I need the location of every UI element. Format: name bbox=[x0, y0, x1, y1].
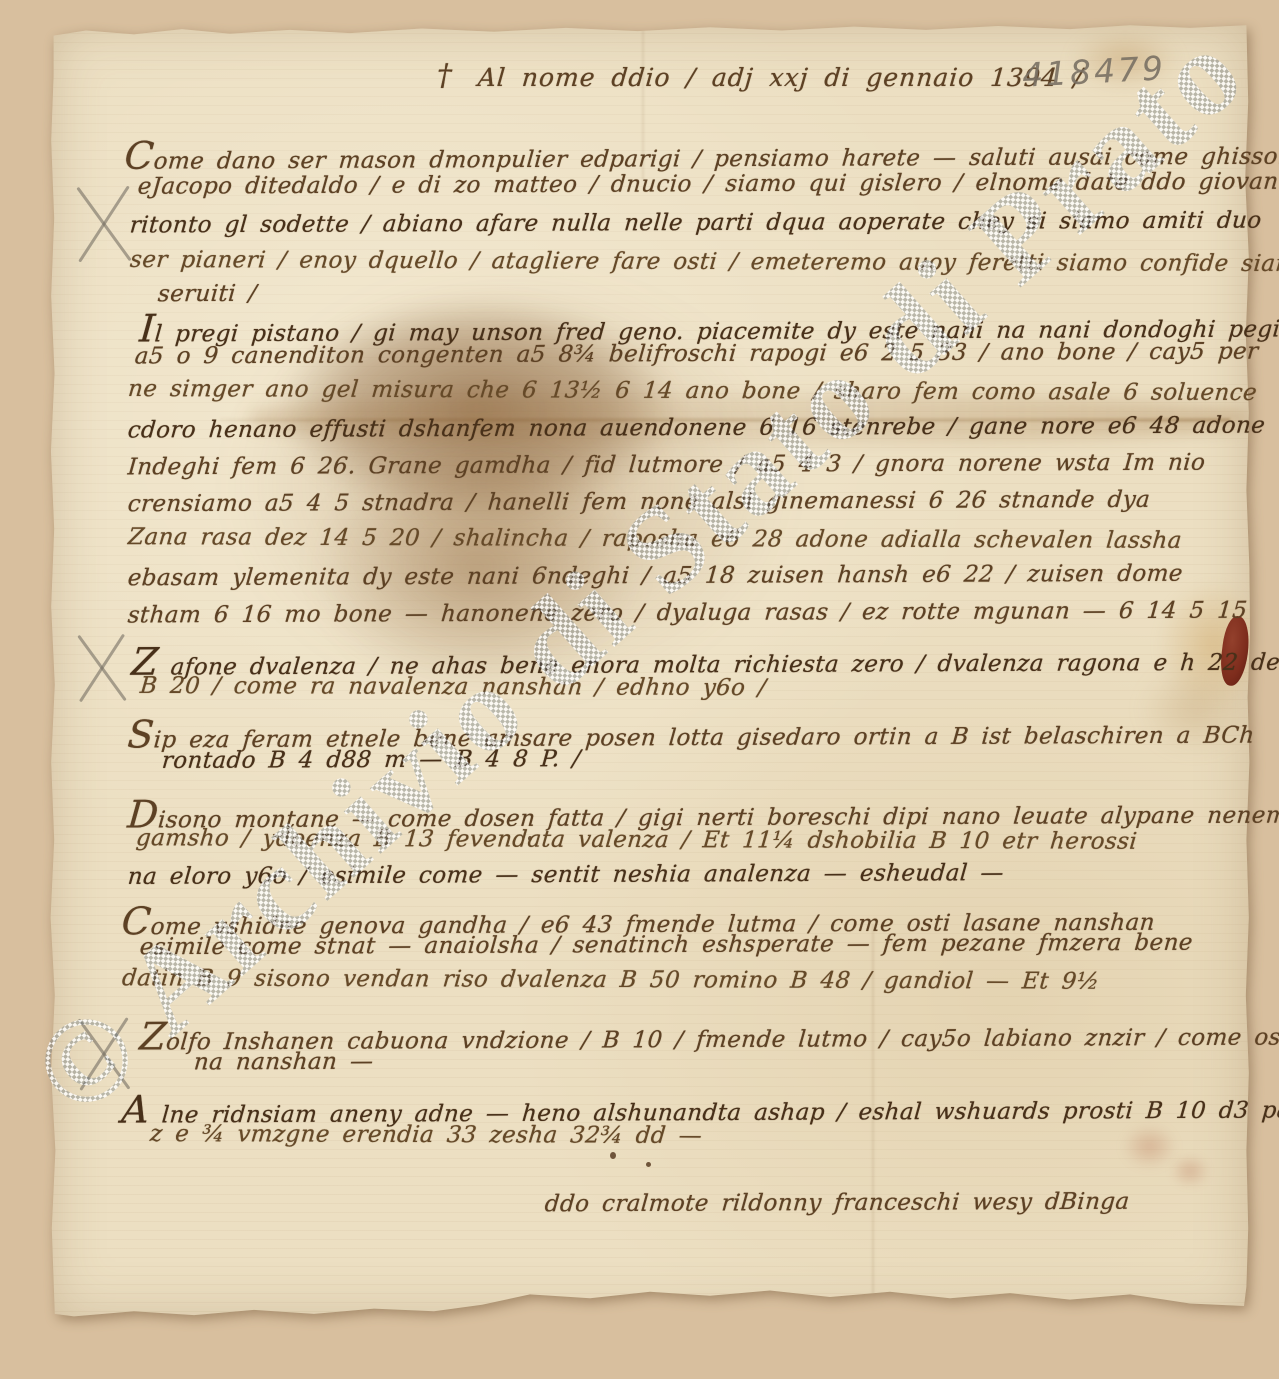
manuscript-line: a5 o 9 canenditon congenten a5 8¾ belifr… bbox=[134, 339, 1260, 370]
manuscript-line: crensiamo a5 4 5 stnadra / hanelli fem n… bbox=[127, 487, 1152, 517]
invocation-cross: † bbox=[437, 58, 452, 93]
manuscript-line: ddo cralmote rildonny franceschi wesy dB… bbox=[544, 1189, 1131, 1218]
letter-heading-date: Al nome ddio / adj xxj di gennaio 1394 / bbox=[477, 63, 1085, 92]
manuscript-line: eJacopo ditedaldo / e di zo matteo / dnu… bbox=[137, 168, 1279, 199]
manuscript-line: ritonto gl sodette / abiano afare nulla … bbox=[129, 208, 1263, 239]
manuscript-line: datin B 9 sisono vendan riso dvalenza B … bbox=[121, 965, 1101, 994]
manuscript-line: na eloro y6o / esimile come — sentit nes… bbox=[127, 860, 1005, 890]
manuscript-line: Zana rasa dez 14 5 20 / shalincha / rapo… bbox=[127, 524, 1183, 554]
manuscript-line: rontado B 4 d88 m — B 4 8 P. / bbox=[161, 746, 582, 774]
manuscript-line: ebasam ylemenita dy este nani 6ndeghi / … bbox=[127, 561, 1184, 592]
manuscript-line: gamsho / ydoenza B 13 fevendata valenza … bbox=[135, 825, 1138, 854]
manuscript-line: ser pianeri / enoy dquello / atagliere f… bbox=[129, 247, 1279, 277]
handwriting-layer: † Al nome ddio / adj xxj di gennaio 1394… bbox=[0, 0, 1279, 1379]
manuscript-line: esimile come stnat — anaiolsha / senatin… bbox=[139, 930, 1194, 961]
manuscript-line: Indeghi fem 6 26. Grane gamdha / fid lut… bbox=[127, 450, 1207, 481]
manuscript-line: na nanshan — bbox=[193, 1049, 375, 1076]
manuscript-line: z e ¾ vmzgne erendia 33 zesha 32¾ dd — bbox=[149, 1121, 703, 1149]
manuscript-line: B 20 / come ra navalenza nanshan / edhno… bbox=[139, 673, 768, 701]
manuscript-line: cdoro henano effusti dshanfem nona auend… bbox=[127, 413, 1267, 444]
pencil-archive-number: 418479 bbox=[1021, 48, 1167, 94]
manuscript-line: ne simger ano gel misura che 6 13½ 6 14 … bbox=[127, 376, 1258, 406]
manuscript-line: seruiti / bbox=[157, 281, 258, 307]
manuscript-line: stham 6 16 mo bone — hanonene zero / dya… bbox=[127, 598, 1249, 629]
